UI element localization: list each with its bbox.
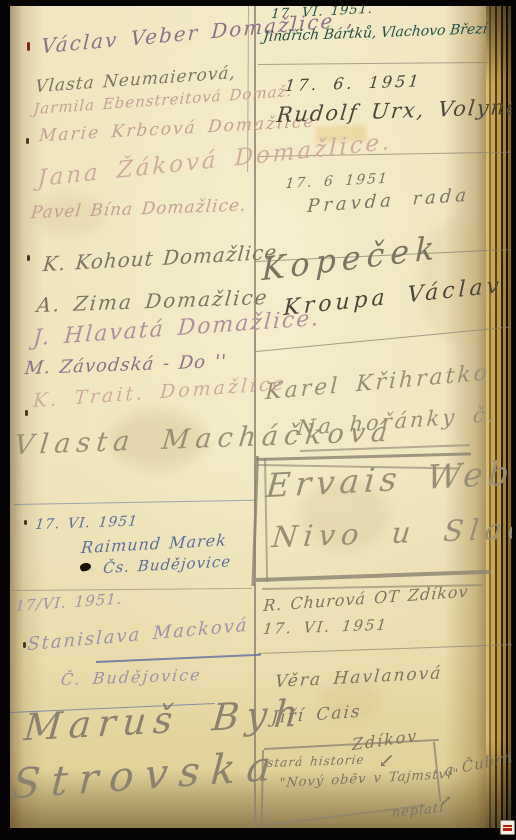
scan-artifact-icon	[500, 820, 515, 835]
guestbook-scan-page: Václav Veber Domažlice ,Vlasta Neumaiero…	[0, 0, 516, 840]
binding-stitch-mark	[24, 520, 27, 525]
binding-stitch-mark	[23, 642, 26, 648]
binding-stitch-mark	[27, 255, 30, 261]
binding-stitch-mark	[26, 138, 29, 144]
binding-stitch-mark	[27, 42, 30, 51]
scan-artifact-glyph	[503, 825, 512, 831]
arrow-annotation: ↙	[378, 748, 395, 772]
scan-border-right	[512, 0, 516, 840]
scan-border-left	[0, 0, 10, 840]
binding-stitch-mark	[25, 410, 28, 416]
scan-border-top	[0, 0, 516, 6]
arrow-annotation: ↗	[438, 792, 452, 812]
scan-border-bottom	[0, 828, 516, 840]
